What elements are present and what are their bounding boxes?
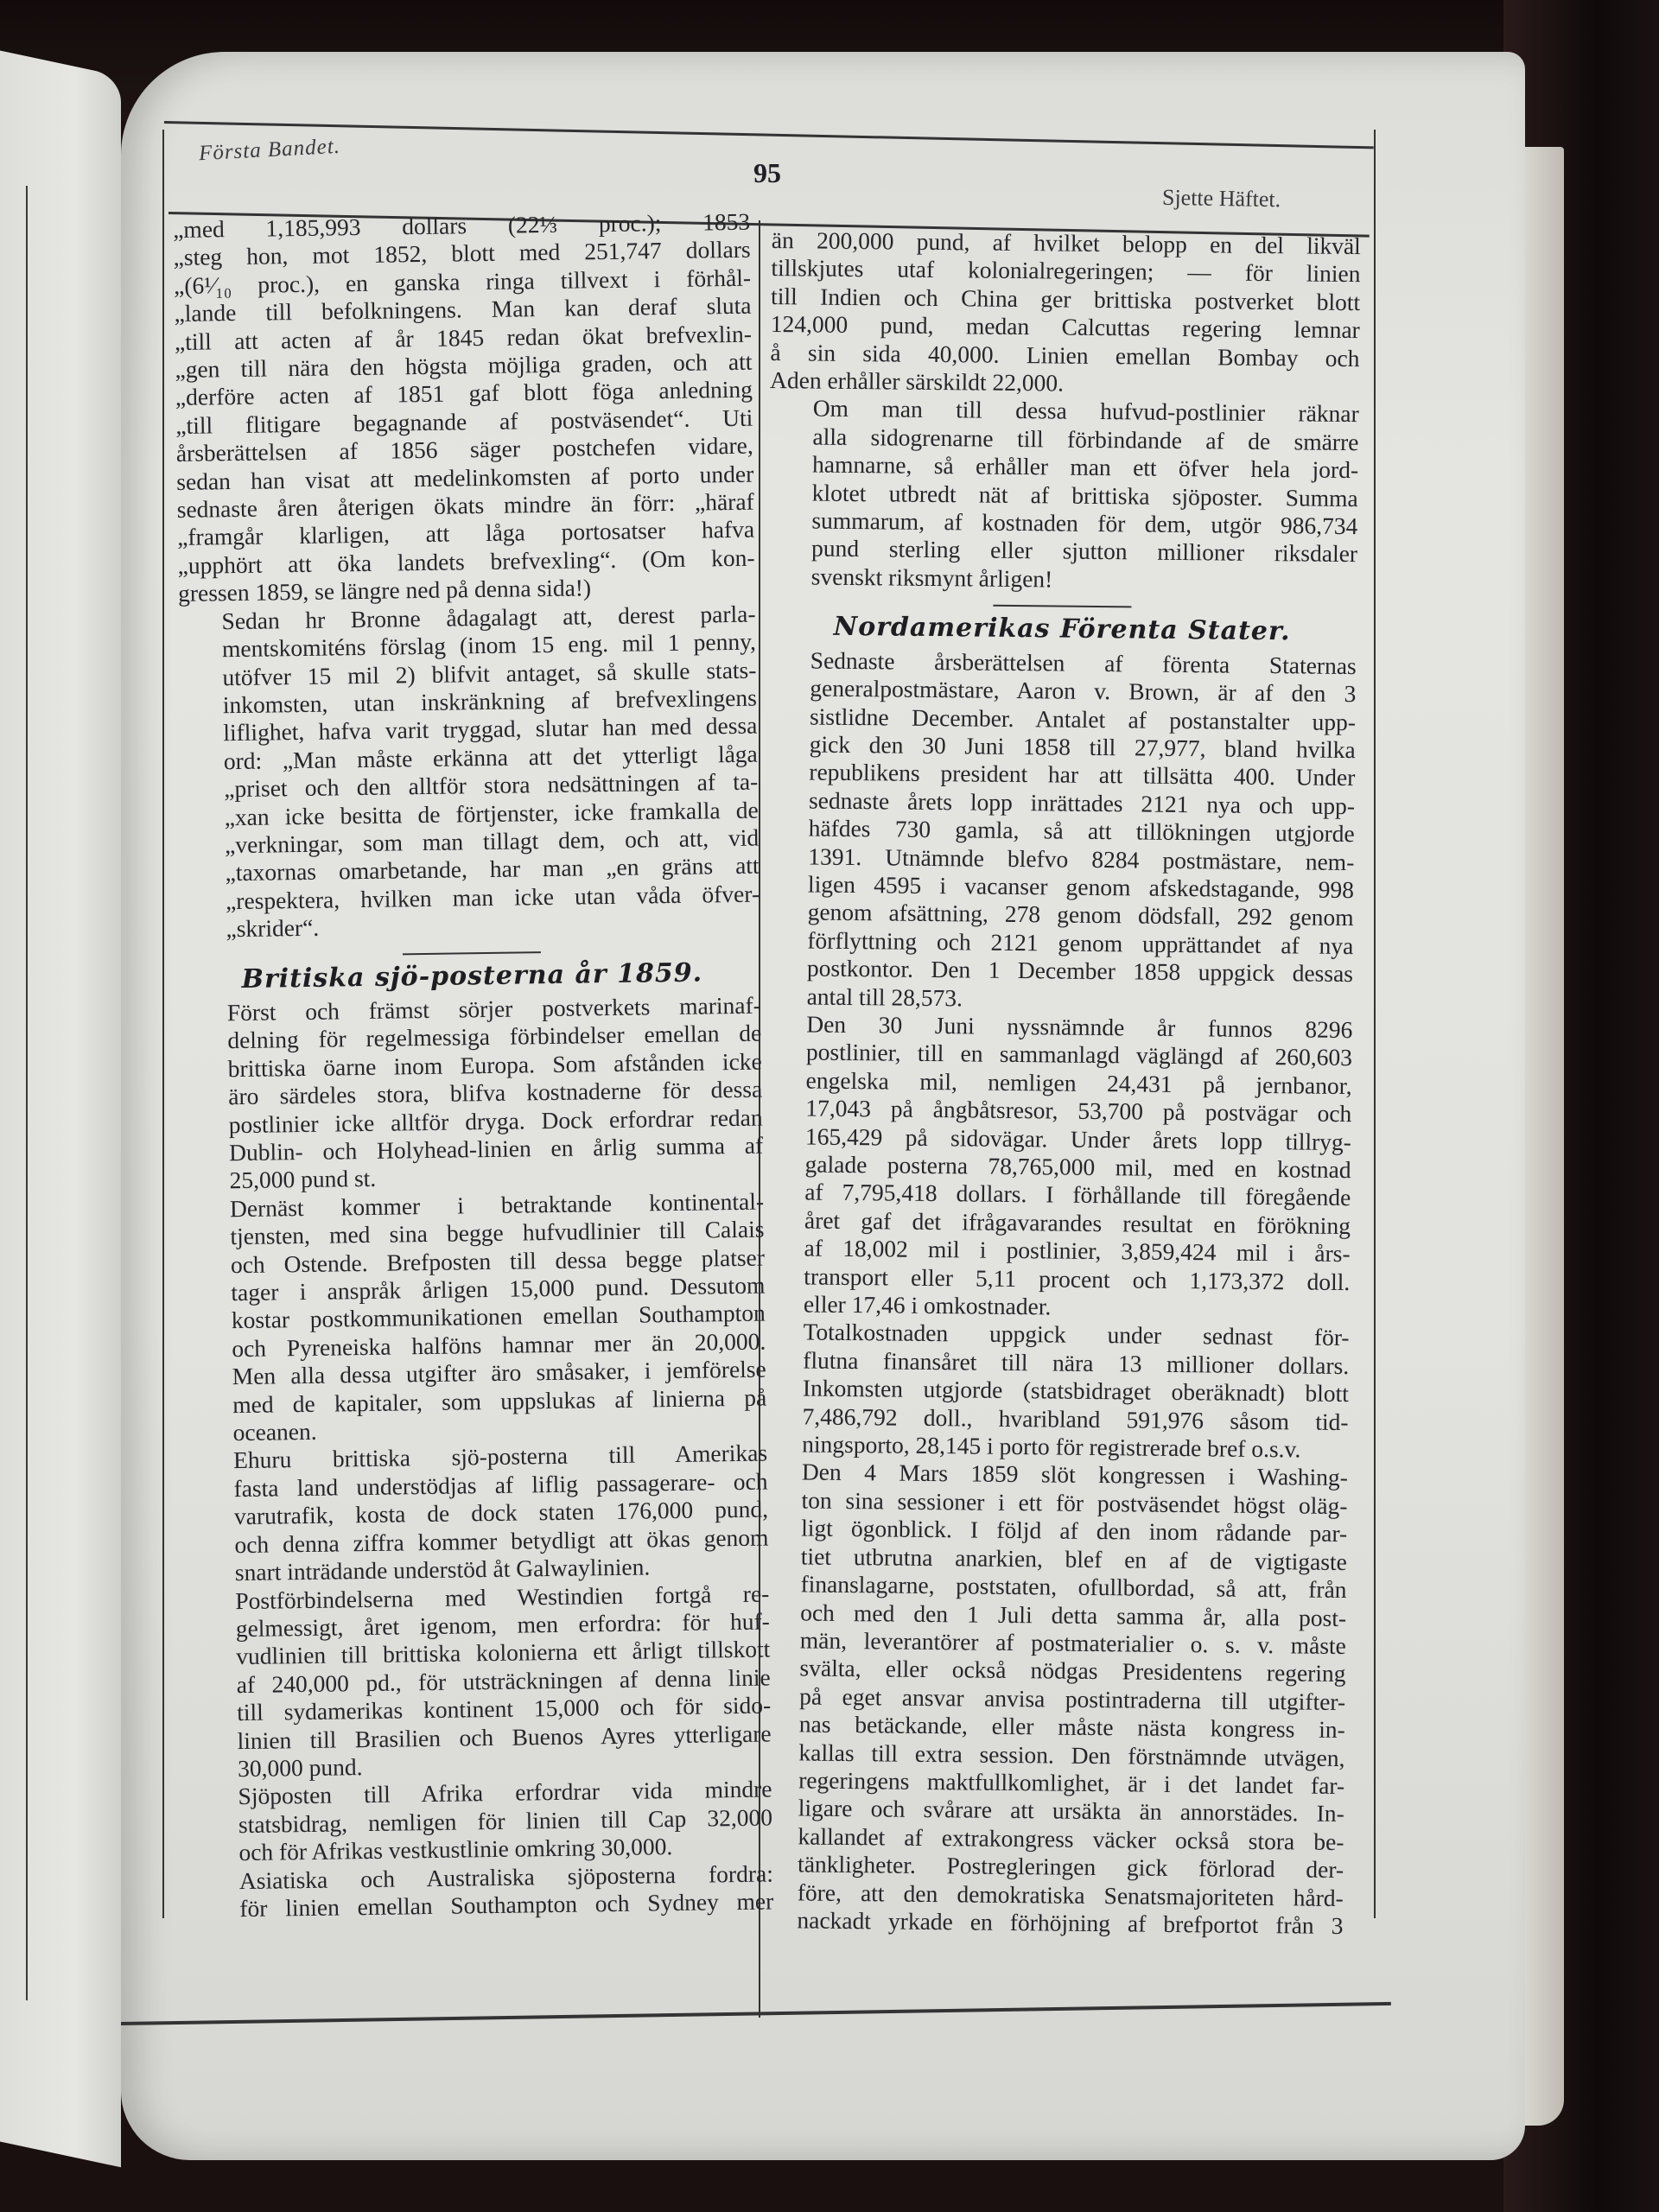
section-heading: Nordamerikas Förenta Stater. <box>767 613 1357 647</box>
left-column: „med 1,185,993 dollars (22⅓ proc.); 1853… <box>173 208 774 1924</box>
volume-title: Första Bandet. <box>198 135 340 167</box>
right-column: än 200,000 pund, af hvilket belopp en de… <box>753 226 1361 1940</box>
section-separator <box>403 951 541 955</box>
paragraph: Sedan hr Bronne ådagalagt att, derest pa… <box>178 600 760 944</box>
running-header: Första Bandet. 95 Sjette Häftet. <box>0 0 1659 225</box>
paragraph: Dernäst kommer i betraktande kontinental… <box>187 1187 767 1447</box>
paragraph: Först och främst sörjer postverkets mari… <box>184 992 764 1196</box>
paragraph: „med 1,185,993 dollars (22⅓ proc.); 1853… <box>173 208 755 608</box>
paragraph: Den 4 Mars 1859 slöt kongressen i Washin… <box>753 1458 1348 1940</box>
section-separator <box>993 605 1131 608</box>
paragraph: Sjöposten till Afrika erfordrar vida min… <box>194 1776 772 1868</box>
paragraph: Sednaste årsberättelsen af förenta State… <box>764 646 1357 1016</box>
paragraph: Postförbindelserna med Westindien fortgå… <box>192 1580 772 1783</box>
paragraph: än 200,000 pund, af hvilket belopp en de… <box>770 226 1361 401</box>
paragraph: Den 30 Juni nyssnämnde år funnos 8296pos… <box>760 1010 1353 1325</box>
paragraph: Ehuru brittiska sjö-posterna till Amerik… <box>190 1440 769 1587</box>
facing-left-page <box>0 43 121 2167</box>
paragraph: Asiatiska och Australiska sjöposterna fo… <box>196 1859 774 1923</box>
section-heading: Britiska sjö-posterna år 1859. <box>183 958 760 995</box>
paragraph: Om man till dessa hufvud-postlinier räkn… <box>768 394 1359 596</box>
page-number: 95 <box>753 157 781 189</box>
left-page-frame-rule <box>0 181 28 2001</box>
issue-title: Sjette Häftet. <box>1162 185 1281 213</box>
paragraph: Totalkostnaden uppgick under sednast för… <box>759 1318 1350 1464</box>
